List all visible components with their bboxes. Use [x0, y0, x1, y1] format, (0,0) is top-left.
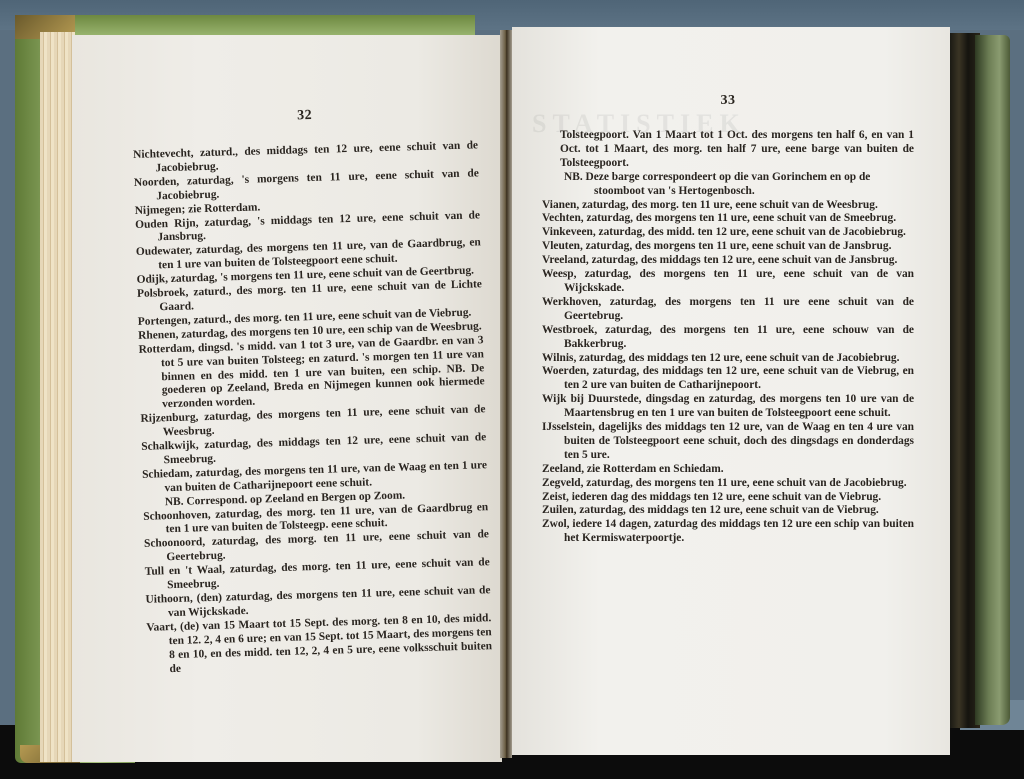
entry: IJsselstein, dagelijks des middags ten 1…: [542, 421, 914, 463]
right-page: STATISTIEK 33 Tolsteegpoort. Van 1 Maart…: [512, 27, 950, 755]
nb-note: NB. Deze barge correspondeert op die van…: [542, 171, 914, 199]
entry: Rotterdam, dingsd. 's midd. van 1 tot 3 …: [138, 334, 485, 413]
entry: Zwol, iedere 14 dagen, zaturdag des midd…: [542, 518, 914, 546]
entry: Vianen, zaturdag, des morg. ten 11 ure, …: [542, 199, 914, 213]
entry: Vleuten, zaturdag, des morgens ten 11 ur…: [542, 240, 914, 254]
book-cover-right: [975, 35, 1010, 725]
entry: Zeist, iederen dag des middags ten 12 ur…: [542, 491, 914, 505]
right-page-text: 33 Tolsteegpoort. Van 1 Maart tot 1 Oct.…: [542, 93, 914, 546]
entry: Woerden, zaturdag, des middags ten 12 ur…: [542, 365, 914, 393]
book-cover-top-edge: [15, 15, 475, 37]
left-page: 32 Nichtevecht, zaturd., des middags ten…: [72, 35, 502, 762]
entry: Wilnis, zaturdag, des middags ten 12 ure…: [542, 352, 914, 366]
page-number: 33: [542, 93, 914, 109]
page-edges-left: [40, 32, 75, 762]
entry: Zeeland, zie Rotterdam en Schiedam.: [542, 463, 914, 477]
page-number: 32: [132, 103, 477, 129]
continuation-text: Tolsteegpoort. Van 1 Maart tot 1 Oct. de…: [542, 129, 914, 171]
entry: Zegveld, zaturdag, des morgens ten 11 ur…: [542, 477, 914, 491]
entry: Vaart, (de) van 15 Maart tot 15 Sept. de…: [146, 612, 492, 677]
entry: Weesp, zaturdag, des morgens ten 11 ure,…: [542, 268, 914, 296]
entry: Werkhoven, zaturdag, des morgens ten 11 …: [542, 296, 914, 324]
entry: Zuilen, zaturdag, des middags ten 12 ure…: [542, 504, 914, 518]
entry: Vechten, zaturdag, des morgens ten 11 ur…: [542, 212, 914, 226]
entry: Vinkeveen, zaturdag, des midd. ten 12 ur…: [542, 226, 914, 240]
entry: Wijk bij Duurstede, dingsdag en zaturdag…: [542, 393, 914, 421]
entry: Vreeland, zaturdag, des middags ten 12 u…: [542, 254, 914, 268]
entry: Westbroek, zaturdag, des morgens ten 11 …: [542, 324, 914, 352]
left-page-text: 32 Nichtevecht, zaturd., des middags ten…: [132, 103, 493, 677]
book-gutter: [500, 30, 512, 758]
